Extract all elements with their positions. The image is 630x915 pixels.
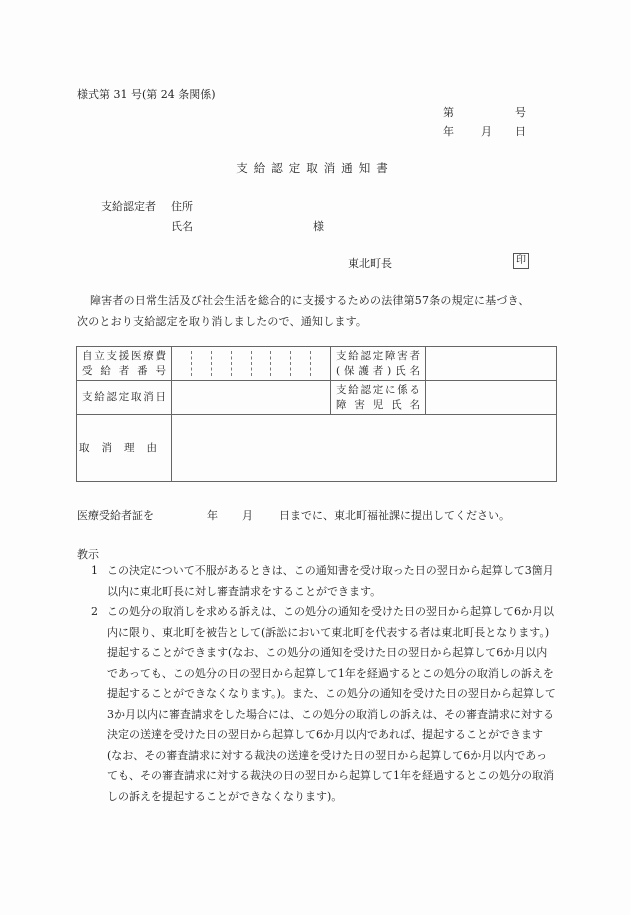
table-row: 支給認定取消日 支給認定に係る 障害児氏名 — [77, 381, 557, 415]
intro-line-2: 次のとおり支給認定を取り消しましたので、通知します。 — [77, 313, 367, 329]
digit-cell[interactable] — [271, 351, 291, 376]
document-title: 支給認定取消通知書 — [0, 160, 630, 176]
revocation-form-table: 自立支援医療費 受給者番号 支給認定障害者 (保護者)氏名 支給認定取消日 — [76, 346, 557, 482]
revocation-date-label: 支給認定取消日 — [77, 381, 172, 415]
submission-prefix: 医療受給者証を — [77, 507, 154, 523]
form-number: 様式第 31 号(第 24 条関係) — [77, 86, 216, 102]
seal-icon: 印 — [513, 253, 529, 269]
digit-cell[interactable] — [172, 351, 192, 376]
notice-item-text: この処分の取消しを求める訴えは、この処分の通知を受けた日の翌日から起算して6か月… — [91, 602, 556, 807]
doc-number-suffix: 号 — [515, 104, 526, 120]
guardian-name-label: 支給認定障害者 (保護者)氏名 — [331, 347, 426, 381]
notice-item-number: 1 — [91, 561, 98, 582]
digit-cell[interactable] — [212, 351, 232, 376]
submission-year: 年 — [207, 507, 218, 523]
honorific: 様 — [313, 218, 324, 234]
child-name-field[interactable] — [426, 381, 557, 415]
recipient-number-field[interactable] — [172, 347, 331, 381]
revocation-reason-field[interactable] — [172, 415, 557, 482]
issuer-name: 東北町長 — [348, 255, 392, 271]
recipient-role-label: 支給認定者 — [101, 198, 156, 214]
notice-heading: 教示 — [77, 546, 99, 562]
child-name-label: 支給認定に係る 障害児氏名 — [331, 381, 426, 415]
submission-month: 月 — [242, 507, 253, 523]
recipient-number-label: 自立支援医療費 受給者番号 — [77, 347, 172, 381]
table-row: 自立支援医療費 受給者番号 支給認定障害者 (保護者)氏名 — [77, 347, 557, 381]
digit-cell[interactable] — [311, 351, 330, 376]
notice-item-text: この決定について不服があるときは、この通知書を受け取った日の翌日から起算して3箇… — [91, 561, 556, 602]
doc-number-prefix: 第 — [443, 104, 454, 120]
digit-cell[interactable] — [192, 351, 212, 376]
notice-item: 1 この決定について不服があるときは、この通知書を受け取った日の翌日から起算して… — [91, 561, 556, 602]
notice-item: 2 この処分の取消しを求める訴えは、この処分の通知を受けた日の翌日から起算して6… — [91, 602, 556, 807]
revocation-reason-label: 取消理由 — [77, 415, 172, 482]
digit-cell[interactable] — [232, 351, 252, 376]
address-label: 住所 — [171, 198, 193, 214]
digit-cell[interactable] — [291, 351, 311, 376]
date-month: 月 — [481, 123, 492, 139]
name-label: 氏名 — [171, 218, 193, 234]
digit-cell[interactable] — [252, 351, 272, 376]
date-day: 日 — [515, 123, 526, 139]
intro-line-1: 障害者の日常生活及び社会生活を総合的に支援するための法律第57条の規定に基づき、 — [90, 292, 530, 308]
notice-item-number: 2 — [91, 602, 98, 623]
guardian-name-field[interactable] — [426, 347, 557, 381]
table-row: 取消理由 — [77, 415, 557, 482]
revocation-date-field[interactable] — [172, 381, 331, 415]
date-year: 年 — [443, 123, 454, 139]
submission-suffix: 日までに、東北町福祉課に提出してください。 — [279, 507, 510, 523]
